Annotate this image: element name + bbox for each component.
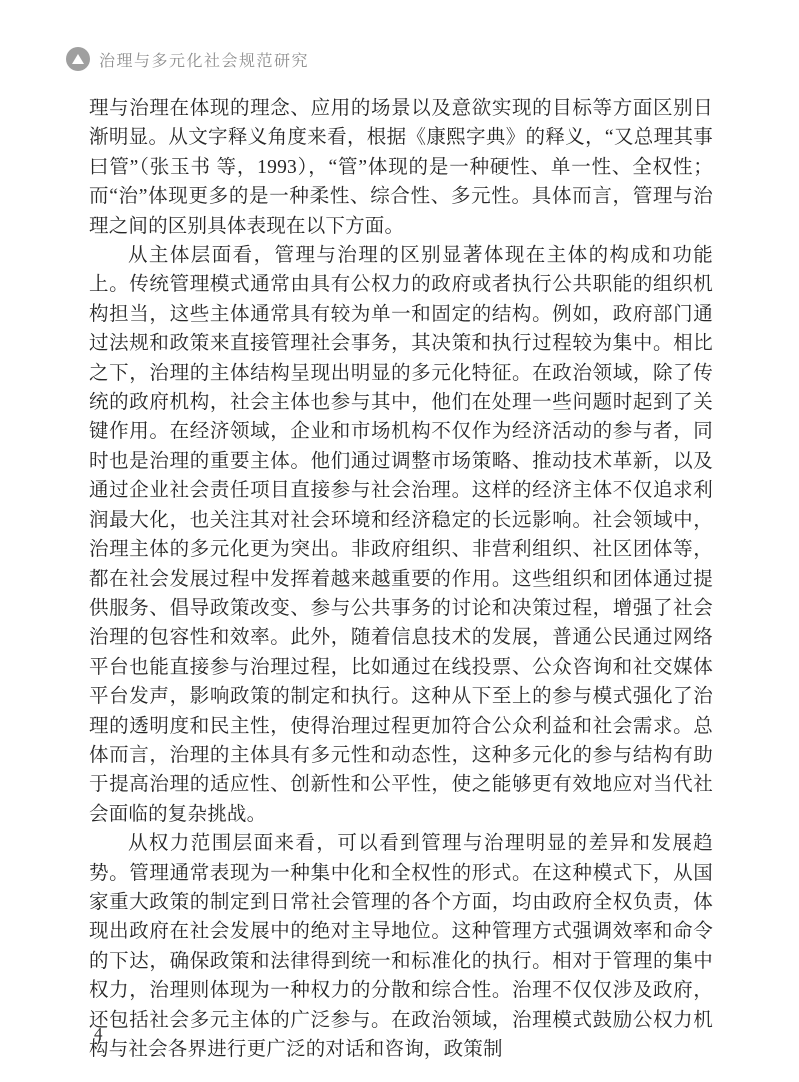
body-text-block: 理与治理在体现的理念、应用的场景以及意欲实现的目标等方面区别日渐明显。从文字释义… bbox=[89, 94, 713, 1064]
paragraph-continuation: 理与治理在体现的理念、应用的场景以及意欲实现的目标等方面区别日渐明显。从文字释义… bbox=[89, 94, 713, 241]
paragraph-power-scope: 从权力范围层面来看，可以看到管理与治理明显的差异和发展趋势。管理通常表现为一种集… bbox=[89, 829, 713, 1064]
book-title: 治理与多元化社会规范研究 bbox=[99, 48, 309, 71]
running-header: 治理与多元化社会规范研究 bbox=[66, 47, 309, 71]
triangle-icon bbox=[72, 54, 84, 64]
triangle-up-circle-icon bbox=[66, 47, 90, 71]
paragraph-subject-level: 从主体层面看，管理与治理的区别显著体现在主体的构成和功能上。传统管理模式通常由具… bbox=[89, 241, 713, 829]
page-footer: 4 bbox=[94, 1024, 103, 1044]
page-number: 4 bbox=[94, 1024, 103, 1043]
